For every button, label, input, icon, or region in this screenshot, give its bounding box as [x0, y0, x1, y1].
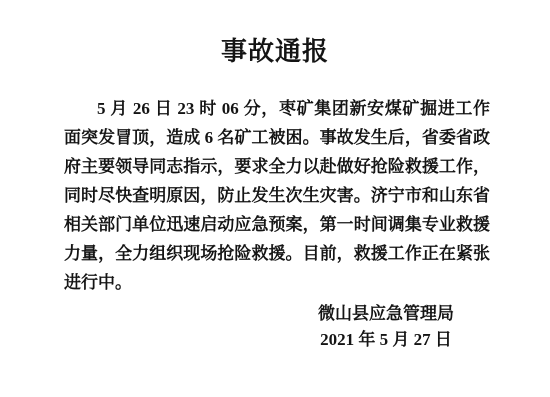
issue-date: 2021 年 5 月 27 日	[318, 327, 454, 353]
document-title: 事故通报	[0, 31, 550, 68]
document-body-paragraph: 5 月 26 日 23 时 06 分，枣矿集团新安煤矿掘进工作面突发冒顶，造成 …	[64, 94, 490, 297]
issuing-authority: 微山县应急管理局	[318, 301, 454, 327]
accident-notice-document: 事故通报 5 月 26 日 23 时 06 分，枣矿集团新安煤矿掘进工作面突发冒…	[0, 0, 550, 397]
signature-block: 微山县应急管理局 2021 年 5 月 27 日	[318, 301, 454, 353]
